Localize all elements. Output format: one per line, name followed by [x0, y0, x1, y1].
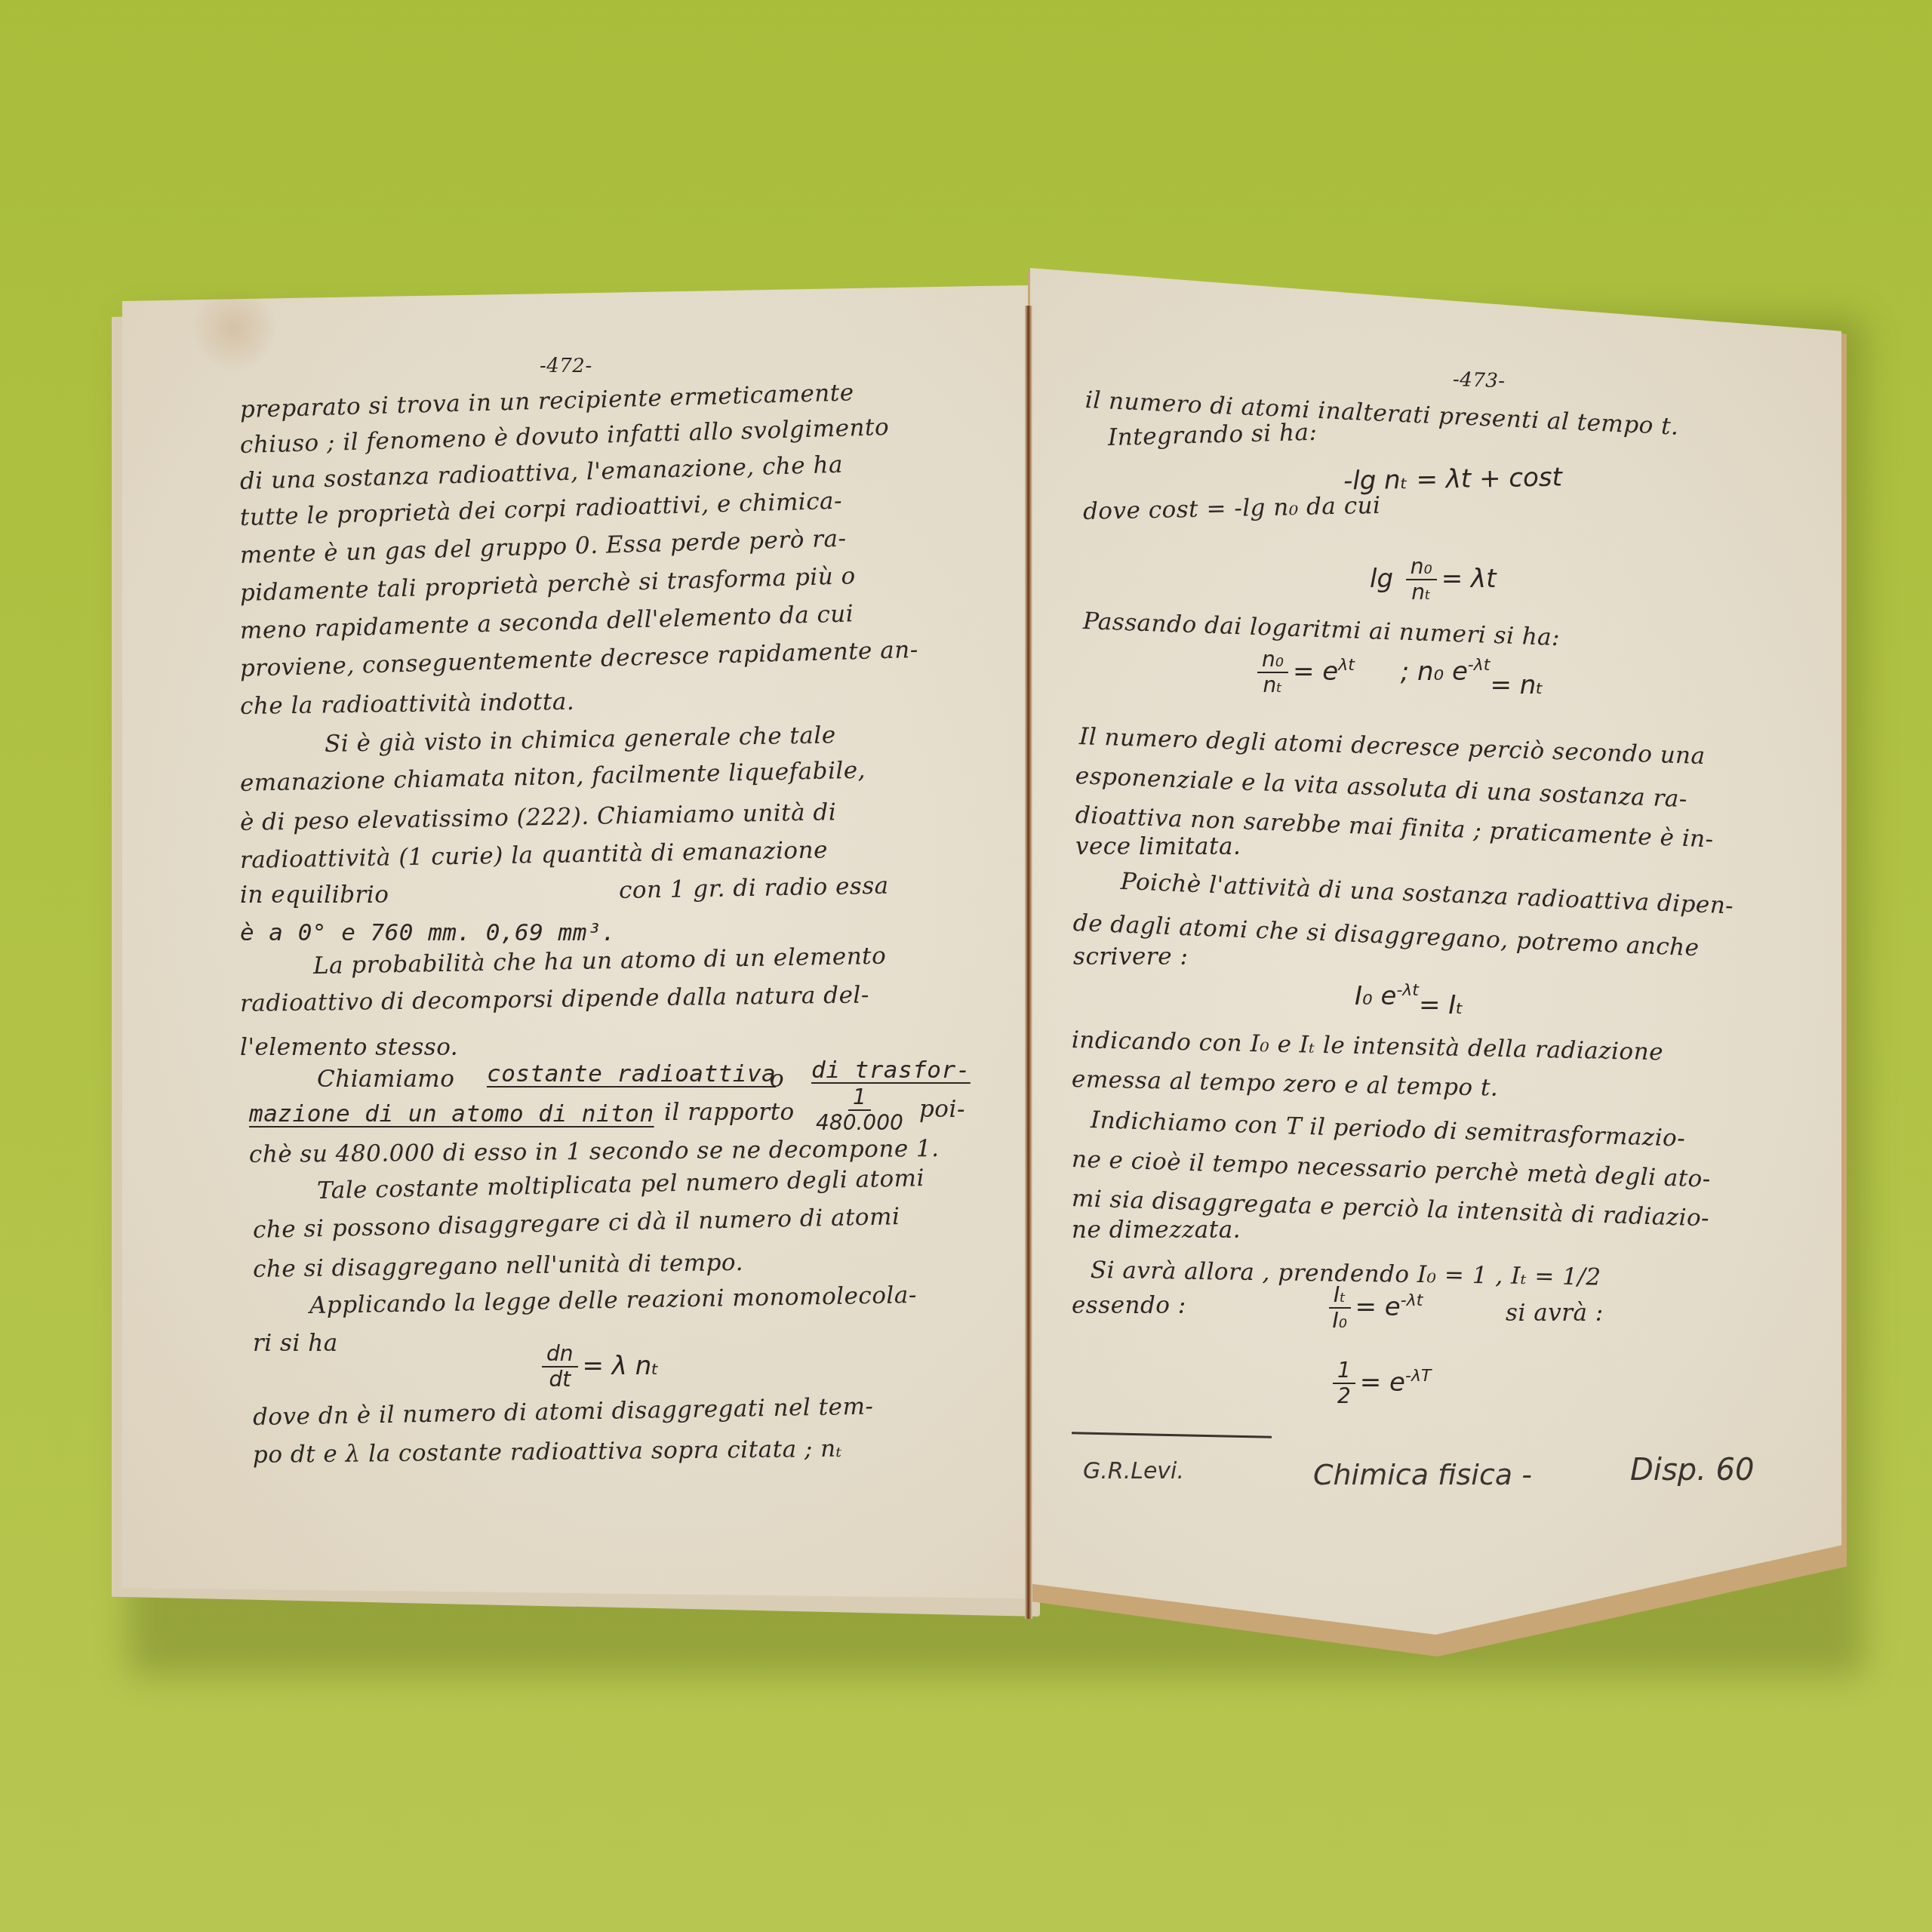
intensity-lhs: I₀ e [1355, 981, 1396, 1011]
formula-rate-law: dndt= λ nₜ [537, 1342, 659, 1392]
formula-log-ratio: lg n₀nₜ= λt [1370, 555, 1497, 605]
exp-alt: ; n₀ e [1401, 657, 1468, 687]
left-line-poi: poi- [919, 1096, 965, 1123]
formula-half-life: 12= e-λT [1328, 1358, 1431, 1408]
footer-title: Chimica fisica - [1313, 1458, 1532, 1491]
log-prefix: lg [1370, 564, 1393, 594]
left-line-9: che la radioattività indotta. [240, 688, 575, 720]
left-line-32: ri si ha [253, 1330, 338, 1357]
log-denominator: nₜ [1411, 580, 1431, 605]
half-numerator: 1 [1333, 1358, 1355, 1384]
ratio-numerator: 1 [848, 1085, 871, 1111]
footer-author: G.R.Levi. [1083, 1458, 1184, 1484]
right-line-11: scrivere : [1073, 943, 1188, 971]
exp-denominator: nₜ [1263, 673, 1282, 697]
exp-alt-power: -λt [1468, 656, 1491, 675]
right-line-2: Integrando si ha: [1108, 419, 1318, 451]
log-rhs: = λt [1441, 564, 1497, 594]
intensity-rhs: = Iₜ [1419, 990, 1463, 1020]
left-line-20: Chiamiamo [317, 1066, 454, 1093]
exp-alt-rhs: = nₜ [1490, 670, 1543, 700]
left-line-15: con 1 gr. di radio essa [619, 872, 889, 904]
formula-exponential: n₀nₜ= eλt ; n₀ e-λt= nₜ [1253, 648, 1543, 697]
half-rhs: = e [1360, 1367, 1405, 1398]
book-gutter [1025, 306, 1032, 1619]
right-line-17: ne dimezzata. [1072, 1217, 1241, 1244]
right-line-20: si avrà : [1506, 1300, 1604, 1327]
right-line-8: vece limitata. [1075, 833, 1241, 860]
formula-integrated: -lg nₜ = λt + cost [1343, 462, 1563, 496]
ir-numerator: Iₜ [1329, 1283, 1351, 1309]
ratio-denominator: 480.000 [816, 1111, 903, 1135]
exp-base: = e [1293, 657, 1338, 687]
paper-stain [189, 287, 279, 370]
ir-power: -λt [1401, 1291, 1423, 1310]
formula-ratio: 1480.000 [811, 1085, 908, 1135]
ir-rhs: = e [1355, 1292, 1401, 1322]
half-denominator: 2 [1337, 1384, 1351, 1408]
exp-numerator: n₀ [1257, 648, 1288, 673]
left-line-19: l'elemento stesso. [240, 1034, 458, 1061]
term-costante-radioattiva: costante radioattiva [487, 1060, 776, 1088]
left-line-16: è a 0° e 760 mm. 0,69 mm³. [240, 919, 616, 946]
term-di-trasfor: di trasfor- [811, 1057, 971, 1084]
rate-numerator: dn [542, 1342, 578, 1367]
formula-intensity: I₀ e-λt= Iₜ [1355, 981, 1463, 1011]
right-line-19: essendo : [1072, 1292, 1186, 1319]
half-power: -λT [1405, 1367, 1431, 1386]
formula-intensity-ratio: IₜI₀= e-λt [1324, 1283, 1423, 1333]
term-mazione-niton: mazione di un atomo di niton [249, 1100, 654, 1128]
ir-denominator: I₀ [1333, 1309, 1347, 1333]
left-line-14: in equilibrio [240, 881, 389, 909]
exp-power: λt [1338, 656, 1355, 675]
intensity-power: -λt [1396, 981, 1419, 1000]
left-line-or: o [770, 1066, 784, 1093]
right-page-number: -473- [1452, 368, 1506, 392]
left-line-rapporto: il rapporto [664, 1099, 795, 1126]
rate-denominator: dt [549, 1367, 571, 1392]
left-page-number: -472- [540, 355, 592, 377]
log-numerator: n₀ [1406, 555, 1437, 580]
footer-dispensa: Disp. 60 [1630, 1453, 1754, 1487]
rate-rhs: = λ nₜ [583, 1351, 660, 1381]
